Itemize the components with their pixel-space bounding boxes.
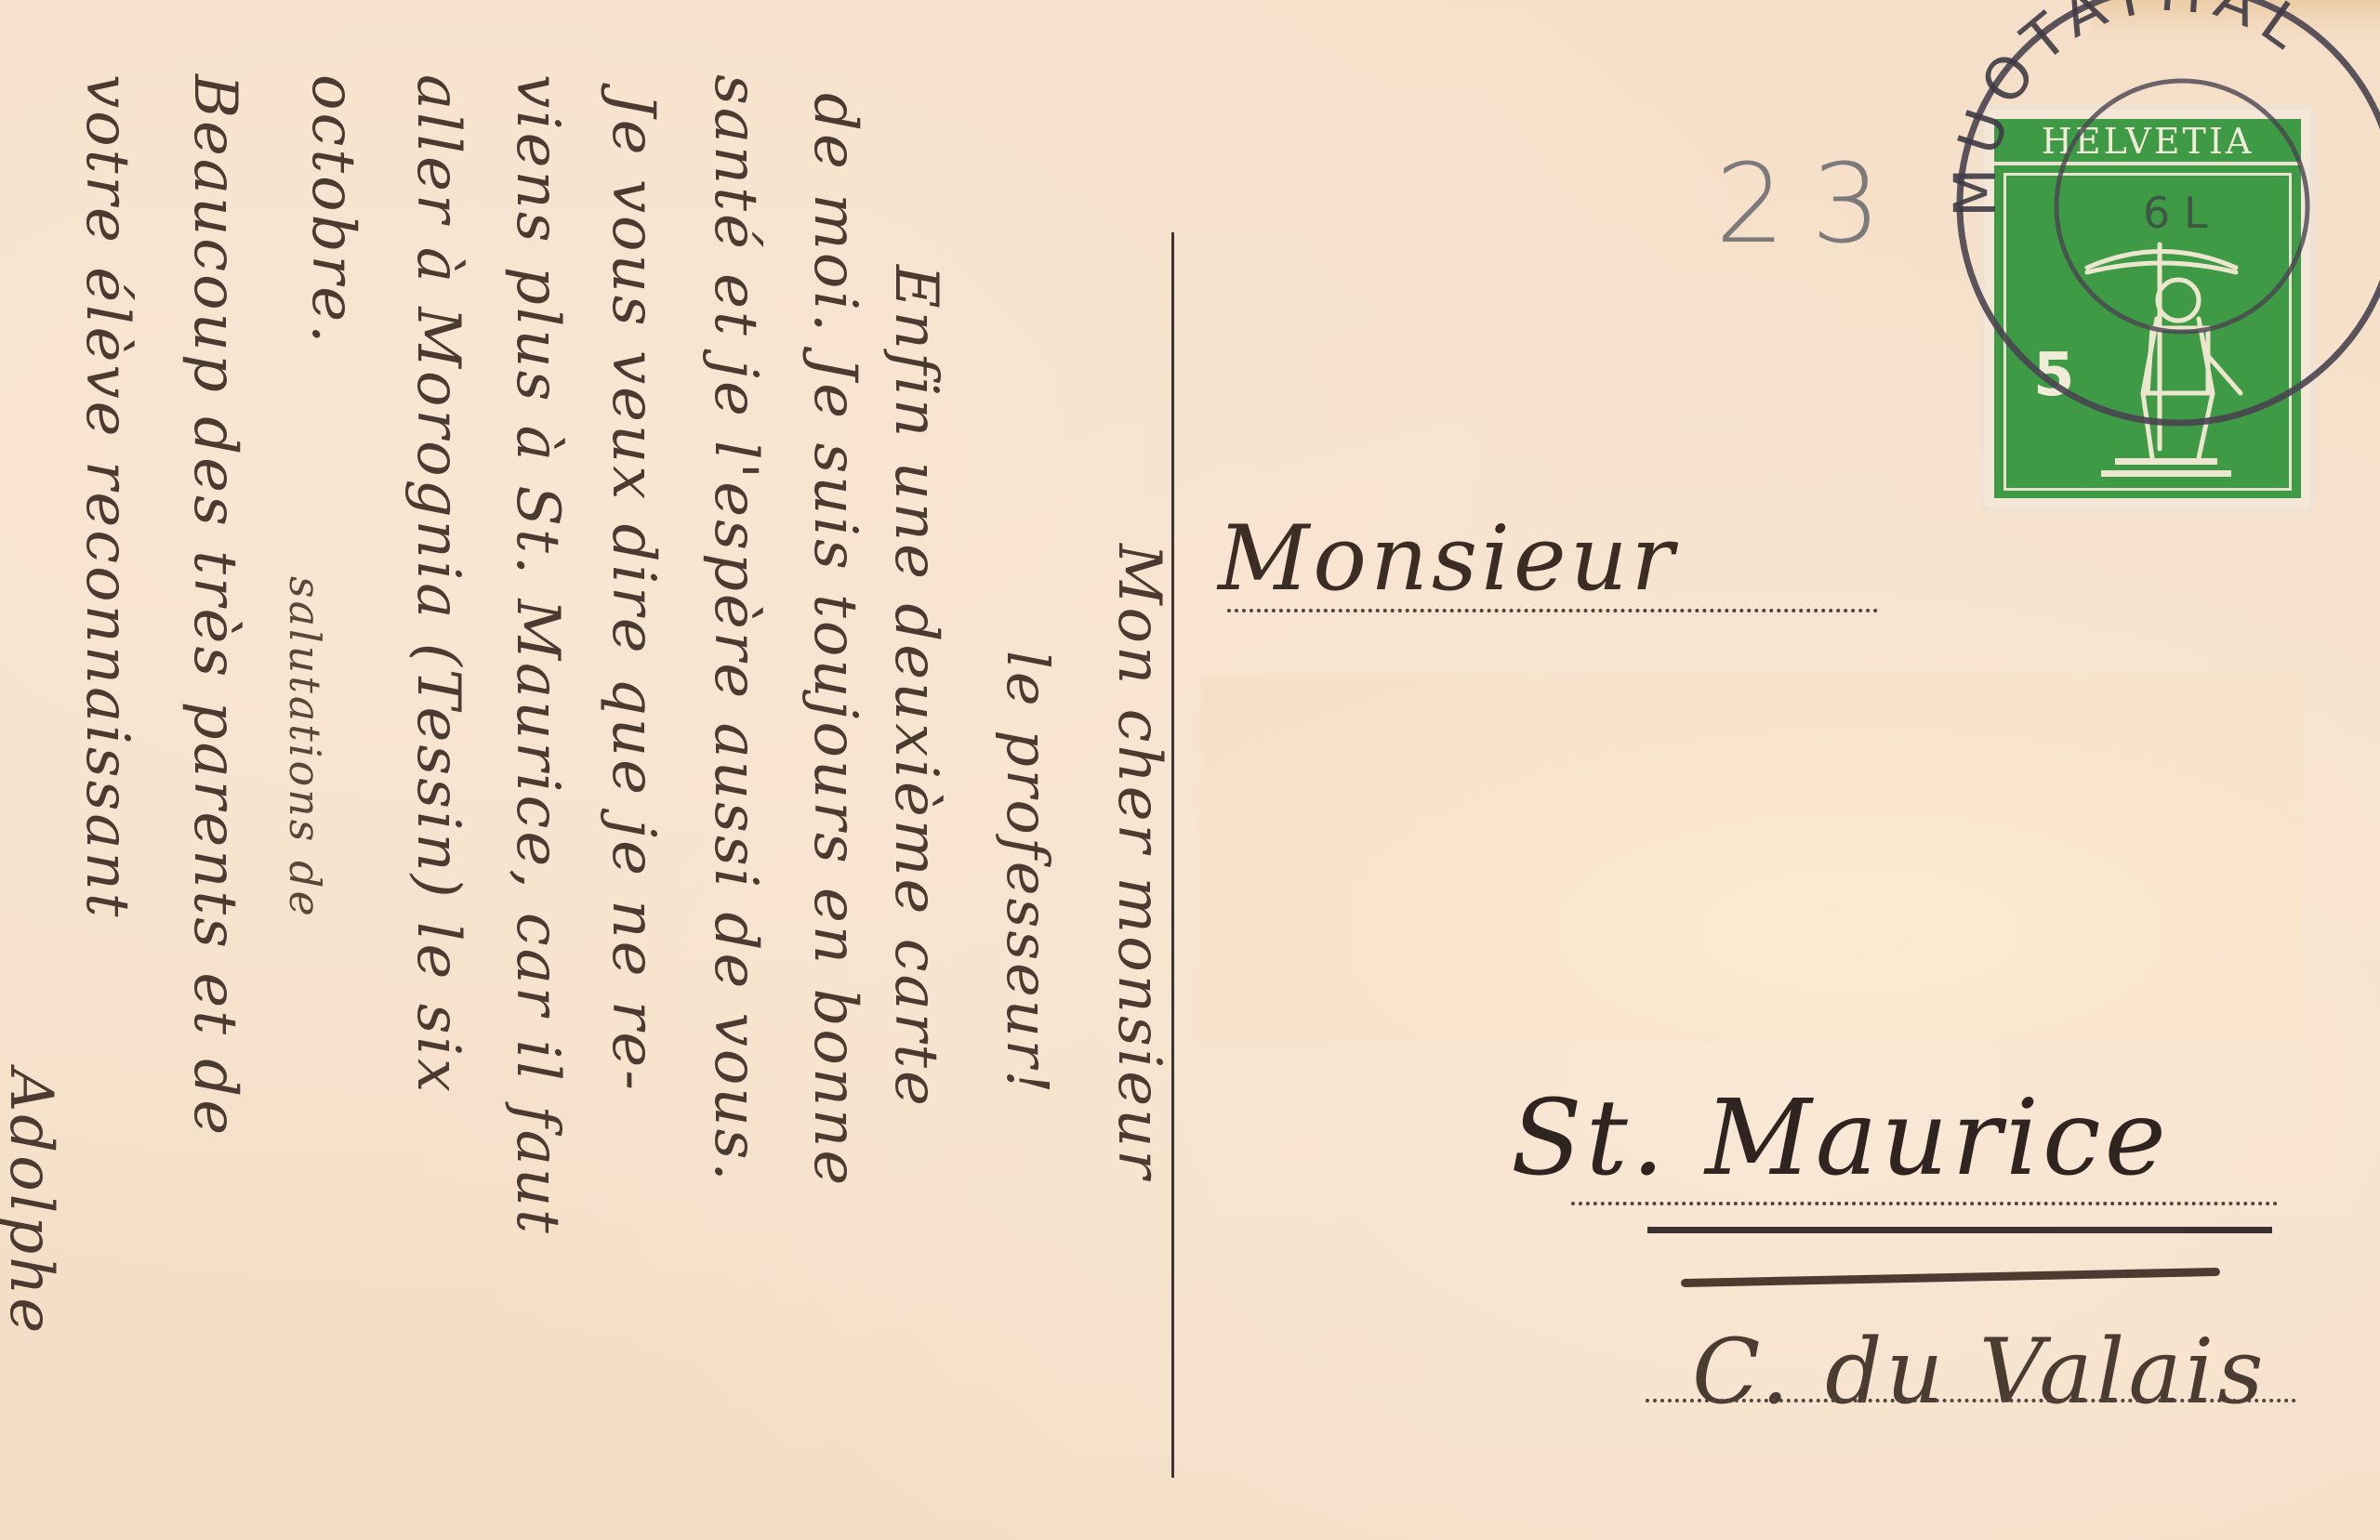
address-city: St. Maurice <box>1511 1078 2170 1199</box>
postmark-icon: MUOTATHAL 6 L <box>1938 0 2380 437</box>
postcard-back: Mon cher monsieur le professeur! Enfin u… <box>0 0 2380 1540</box>
message-line-9: octobre. <box>298 74 367 346</box>
svg-text:MUOTATHAL: MUOTATHAL <box>1941 0 2322 217</box>
address-line-1 <box>1227 609 1878 612</box>
message-line-4: de moi. Je suis toujours en bonne <box>800 93 869 1188</box>
address-line-canton <box>1646 1399 2296 1402</box>
address-salutation: Monsieur <box>1218 507 1677 611</box>
message-line-3: Enfin une deuxième carte <box>881 265 950 1109</box>
center-divider <box>1171 232 1174 1478</box>
signature: Adolphe <box>0 1069 65 1336</box>
redacted-address-area <box>1199 677 2301 1041</box>
handwritten-underline <box>1681 1268 2220 1287</box>
message-line-1: Mon cher monsieur <box>1104 544 1173 1181</box>
message-line-11: votre élève reconnaissant <box>73 74 141 920</box>
postmark-town: MUOTATHAL <box>1941 0 2322 217</box>
address-line-city <box>1571 1202 2278 1205</box>
message-insertion: salutations de <box>280 576 330 919</box>
message-line-10: Beaucoup des très parents et de <box>180 74 249 1138</box>
message-line-6: Je vous veux dire que je ne re- <box>599 93 668 1093</box>
pencil-note: 23 <box>1715 139 1907 268</box>
message-line-7: viens plus à St. Maurice, car il faut <box>503 74 572 1236</box>
message-line-8: aller à Morognia (Tessin) le six <box>403 74 472 1095</box>
address-rule <box>1647 1227 2272 1233</box>
address-canton: C. du Valais <box>1692 1320 2268 1424</box>
postmark-date: 6 L <box>2143 188 2208 238</box>
message-line-2: le professeur! <box>994 651 1062 1096</box>
message-line-5: santé et je l'espère aussi de vous. <box>701 74 770 1184</box>
